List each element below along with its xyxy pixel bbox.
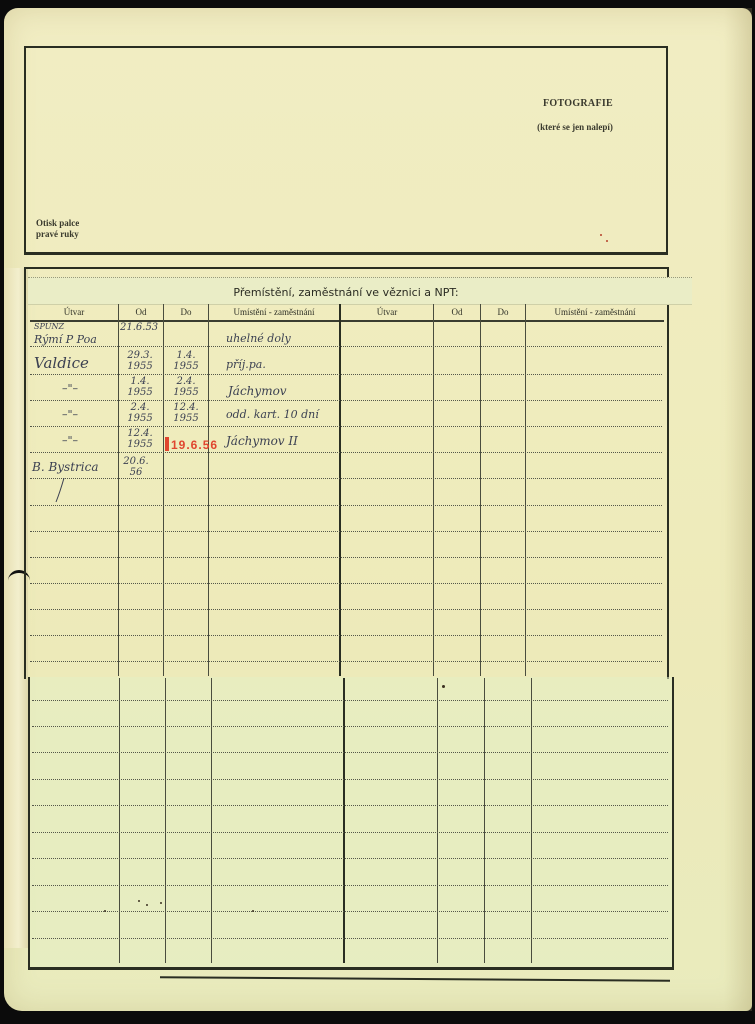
table-header-row: Útvar Od Do Umístění - zaměstnání Útvar … [30, 304, 664, 322]
row-line [30, 346, 662, 347]
photo-title: FOTOGRAFIE [518, 98, 638, 109]
column-divider [119, 678, 120, 963]
ink-spot [606, 240, 608, 242]
transfers-table-lower-frame [28, 677, 674, 970]
row-line [30, 400, 662, 401]
ink-spot [600, 234, 602, 236]
row-line [32, 752, 668, 753]
ink-speck [104, 910, 106, 912]
entry-6-od: 20.6. 56 [120, 456, 152, 478]
row-line [30, 609, 662, 610]
entry-5-utvar: –"– [62, 434, 78, 447]
row-line [32, 805, 668, 806]
photo-thumbprint-box: FOTOGRAFIE (které se jen nalepí) Otisk p… [24, 46, 668, 255]
row-line [32, 832, 668, 833]
column-divider [211, 678, 212, 963]
header-utvar-left: Útvar [30, 304, 118, 320]
entry-4-od: 2.4. 1955 [120, 402, 160, 424]
column-divider [433, 304, 434, 676]
entry-5-umisteni: Jáchymov II [226, 434, 298, 448]
entry-2-utvar: Valdice [34, 354, 89, 372]
row-line [30, 531, 662, 532]
row-line [30, 426, 662, 427]
row-line [30, 374, 662, 375]
column-divider-center [339, 304, 341, 676]
entry-4-umisteni: odd. kart. 10 dní [226, 408, 319, 421]
thumbprint-label-line2: pravé ruky [36, 229, 79, 240]
entry-3-utvar: –"– [62, 382, 78, 395]
entry-1-umisteni: uhelné doly [226, 332, 291, 345]
column-divider [531, 678, 532, 963]
entry-5-od: 12.4. 1955 [120, 428, 160, 450]
entry-1-utvar-line1: SPÚNZ [34, 322, 64, 331]
table-title: Přemístění, zaměstnání ve věznici a NPT: [28, 286, 664, 299]
entry-3-umisteni: Jáchymov [228, 384, 287, 398]
column-divider-center [343, 678, 345, 963]
column-divider [525, 304, 526, 676]
column-divider [118, 304, 119, 676]
row-line [32, 726, 668, 727]
ink-speck [442, 685, 445, 688]
row-line [32, 911, 668, 912]
ink-speck [146, 904, 148, 906]
photo-subtitle: (které se jen nalepí) [500, 122, 650, 132]
column-divider [165, 678, 166, 963]
row-line [32, 938, 668, 939]
stamp-mark [165, 437, 169, 451]
table-title-strip: Přemístění, zaměstnání ve věznici a NPT: [28, 277, 692, 304]
row-line [30, 583, 662, 584]
row-line [30, 635, 662, 636]
header-umisteni-left: Umístění - zaměstnání [208, 304, 340, 320]
column-divider [480, 304, 481, 676]
thumbprint-label-line1: Otisk palce [36, 218, 79, 229]
ink-speck [252, 910, 254, 912]
entry-2-od: 29.3. 1955 [120, 350, 160, 372]
header-do-left: Do [164, 304, 208, 320]
column-divider [208, 304, 209, 676]
entry-2-umisteni: příj.pa. [226, 358, 266, 371]
entry-6-utvar: B. Bystrica [32, 460, 98, 474]
entry-2-do: 1.4. 1955 [166, 350, 206, 372]
handwritten-stroke [54, 478, 66, 504]
header-utvar-right: Útvar [340, 304, 434, 320]
entry-5-do-stamp: 19.6.56 [171, 438, 218, 452]
entry-1-od: 21.6.53 [120, 322, 158, 333]
column-divider [484, 678, 485, 963]
thumbprint-label: Otisk palce pravé ruky [36, 218, 79, 240]
row-line [30, 452, 662, 453]
entry-4-do: 12.4. 1955 [166, 402, 206, 424]
row-line [32, 779, 668, 780]
ink-speck [138, 900, 140, 902]
row-line [32, 858, 668, 859]
entry-3-do: 2.4. 1955 [166, 376, 206, 398]
entry-1-utvar-line2: Rýmí P Poa [34, 333, 97, 346]
row-line [30, 557, 662, 558]
row-line [32, 700, 668, 701]
header-od-left: Od [118, 304, 164, 320]
column-divider [437, 678, 438, 963]
entry-3-od: 1.4. 1955 [120, 376, 160, 398]
entry-4-utvar: –"– [62, 408, 78, 421]
paper-edge-shadow [724, 8, 752, 1011]
row-line [30, 478, 662, 479]
row-line [30, 661, 662, 662]
header-do-right: Do [480, 304, 526, 320]
column-divider [163, 304, 164, 676]
header-umisteni-right: Umístění - zaměstnání [526, 304, 664, 320]
row-line [32, 885, 668, 886]
row-line [30, 505, 662, 506]
header-od-right: Od [434, 304, 480, 320]
ink-speck [160, 902, 162, 904]
